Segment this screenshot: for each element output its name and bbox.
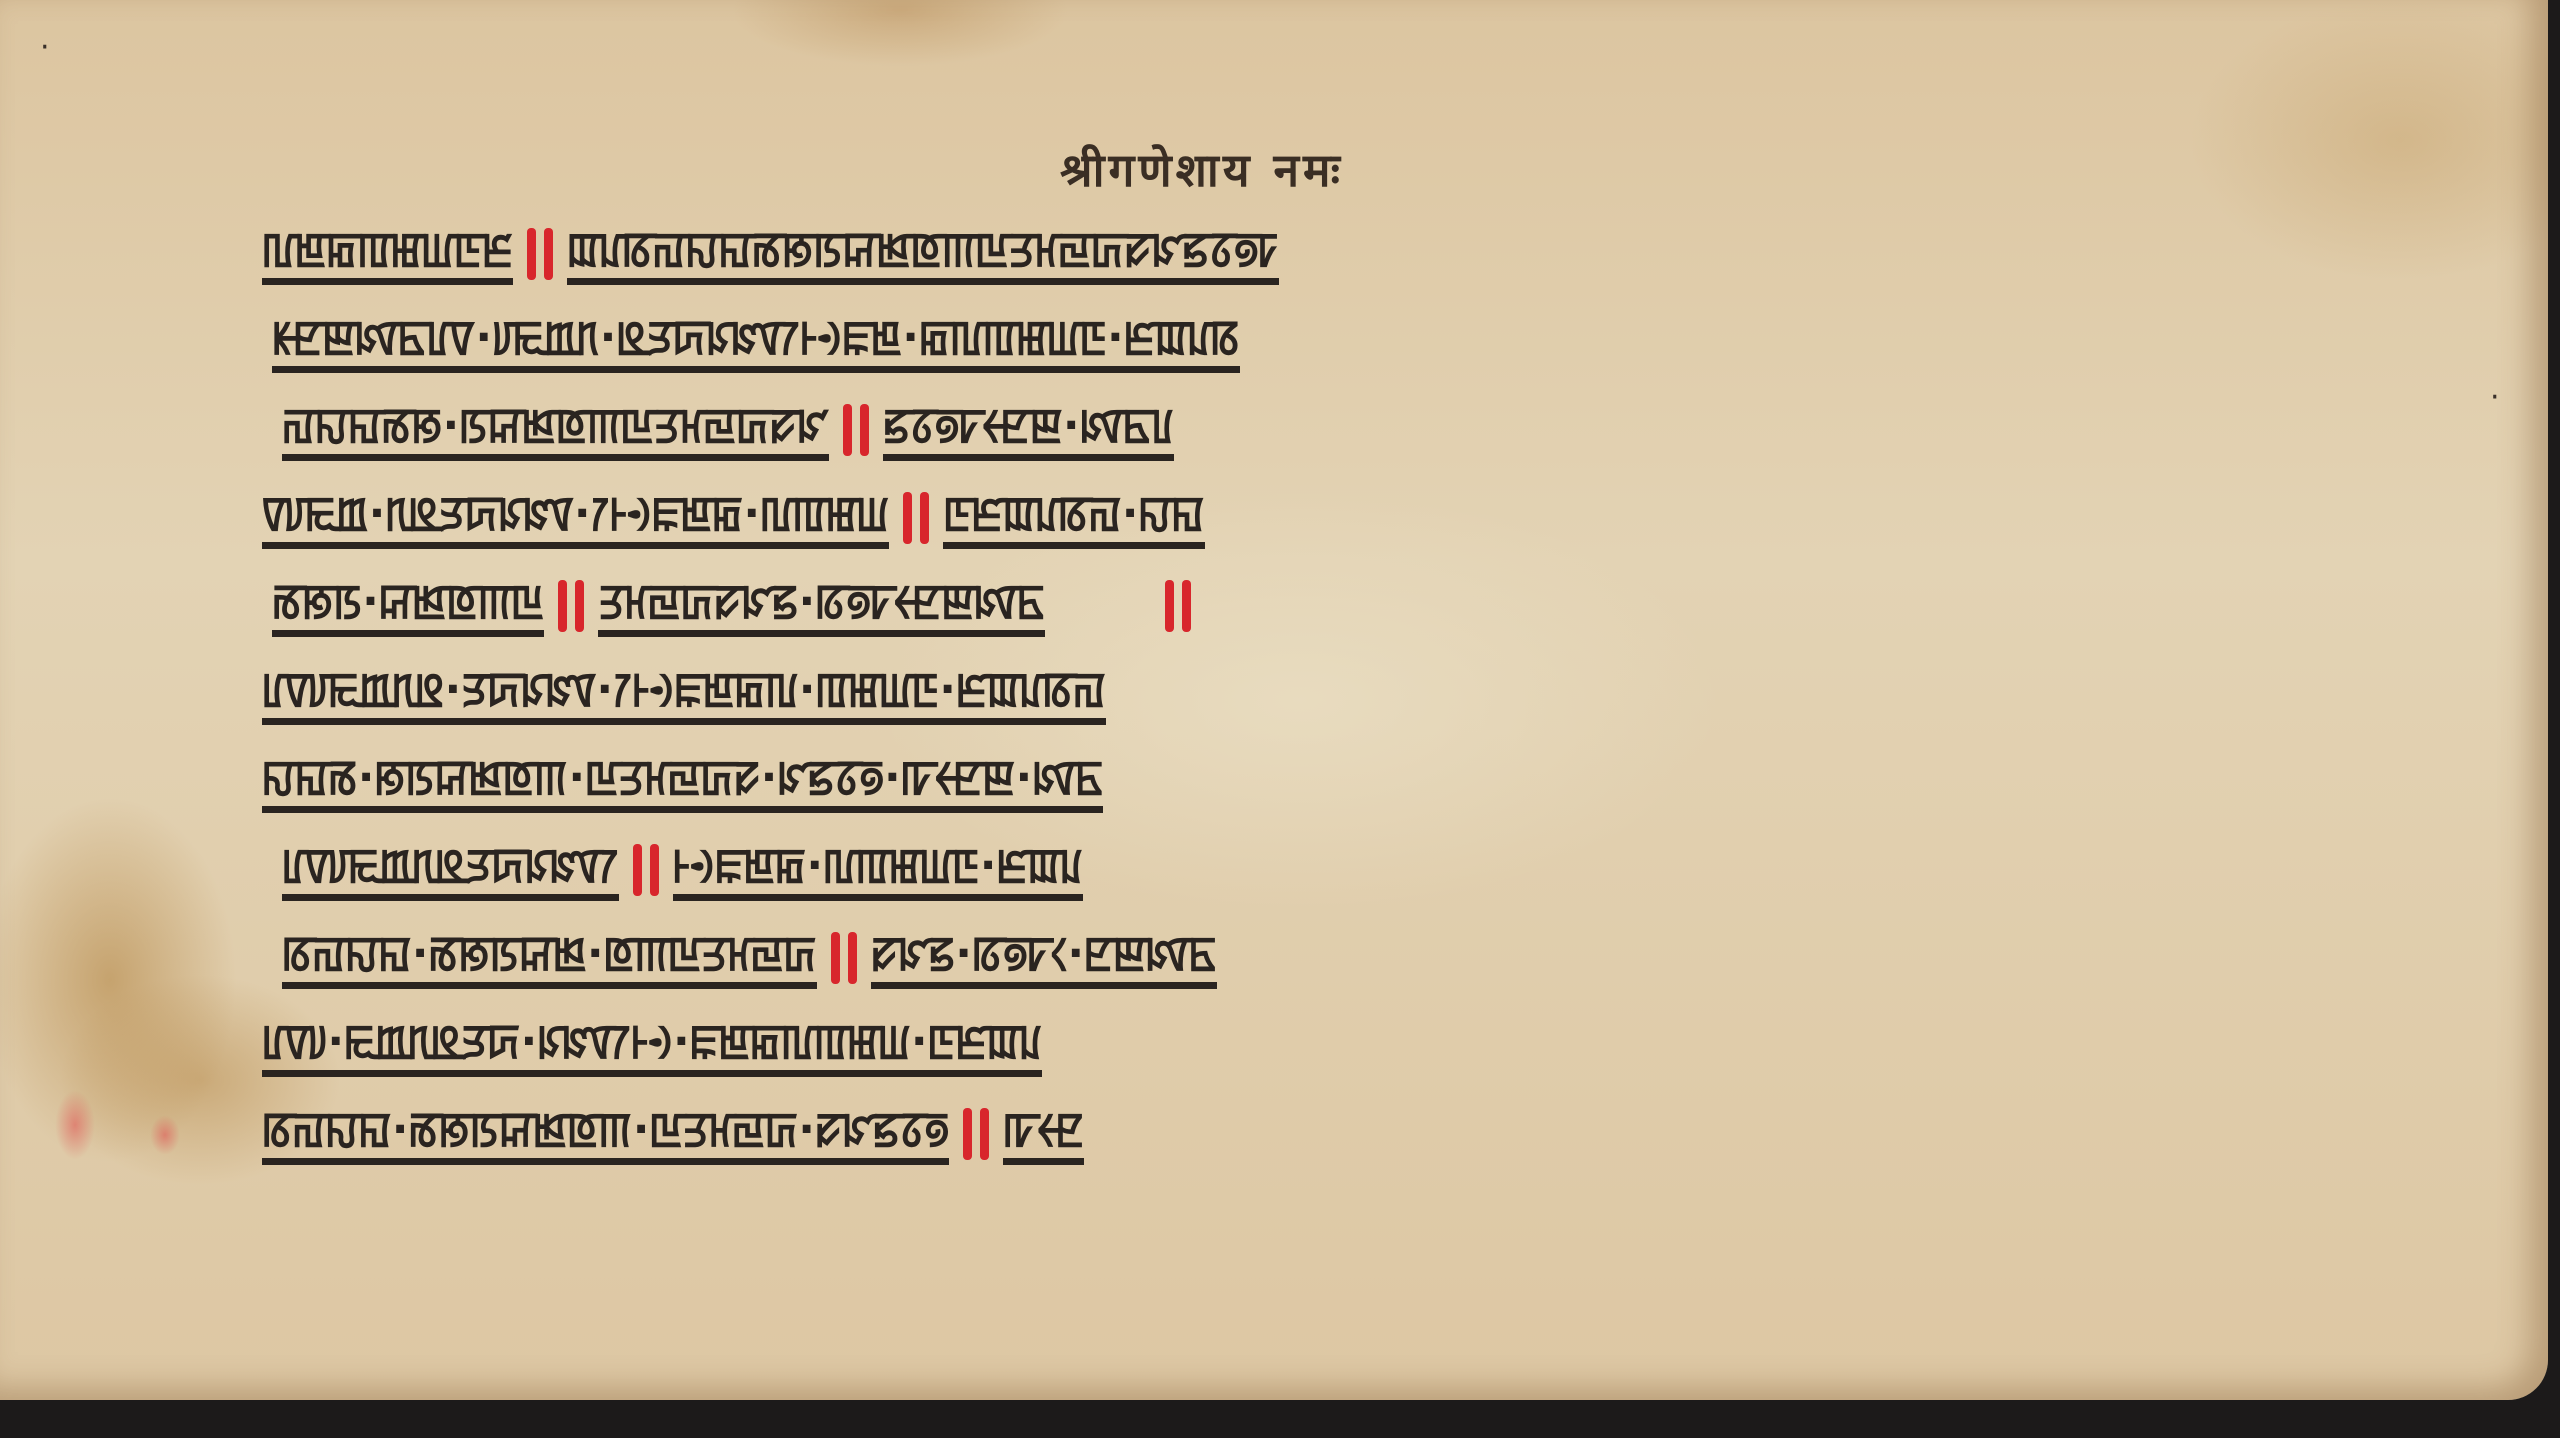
text-segment: ꡠꡡꡢ xyxy=(1003,1104,1084,1165)
ink-speck: · xyxy=(2490,380,2500,415)
text-segment: ꡦꡧꡨꡩꡪꡫꡬ·ꡭꡮꡯꡰ·ꡱꡲꡳꡀꡁꡂꡃ·ꡄꡅꡆꡇ·ꡈꡉꡊꡋꡌ xyxy=(262,664,1106,725)
text-segment: ꡃꡁꡂꡄꡅꡆꡇꡈ xyxy=(262,224,513,285)
text-segment: ꡡꡢꡣꡤꡥꡦꡧ·ꡨꡩꡪꡫ·ꡬꡭꡮꡯꡰꡱꡲꡳꡀꡁ·ꡂꡃꡄꡅꡆꡇ·ꡈꡉꡊꡋ xyxy=(272,312,1240,373)
manuscript-text: ꡃꡁꡂꡄꡅꡆꡇꡈꡉꡊꡋꡌꡍꡎꡏꡐꡑꡒꡓꡔꡕꡖꡗꡘꡙꡚꡛꡜꡝꡞꡟꡠꡡꡢꡣꡤꡥꡦꡧ·… xyxy=(262,210,2262,1178)
red-double-danda xyxy=(843,403,869,457)
text-segment: ꡦꡧꡨꡩꡪꡫꡬꡭꡮꡯꡰꡱ xyxy=(282,840,619,901)
text-segment: ꡏꡐꡑ·ꡒꡓꡔꡕꡖ xyxy=(272,576,544,637)
red-double-danda xyxy=(1165,579,1191,633)
text-segment: ꡋꡌꡍꡎ·ꡏꡐꡑꡒꡓ·ꡔꡕꡖꡗꡘꡙꡚ xyxy=(282,928,817,989)
text-segment: ꡌꡍꡎꡏꡐ·ꡑꡒꡓꡔꡕꡖꡗꡘꡙꡚꡛꡜ xyxy=(282,400,829,461)
manuscript-line: ꡦꡧꡨ·ꡩꡪꡫꡬꡭꡮ·ꡯꡰꡱꡲꡳ·ꡀꡁꡂꡃꡄꡅꡆ·ꡇꡈꡉꡊ xyxy=(262,1002,2262,1090)
manuscript-line: ꡋꡌꡍꡎ·ꡏꡐꡑꡒꡓ·ꡔꡕꡖꡗꡘꡙꡚꡛꡜꡝ·ꡞꡟꡠꡡ·ꡢꡣꡤꡥ xyxy=(262,914,2262,1002)
manuscript-line: ꡡꡢꡣꡤꡥꡦꡧ·ꡨꡩꡪꡫ·ꡬꡭꡮꡯꡰꡱꡲꡳꡀꡁ·ꡂꡃꡄꡅꡆꡇ·ꡈꡉꡊꡋ xyxy=(262,298,2262,386)
red-double-danda xyxy=(558,579,584,633)
manuscript-line: ꡧꡨꡩꡪ·ꡫꡬꡭꡮꡯꡰ·ꡱꡲꡳꡀꡁꡂ·ꡃꡄꡅꡆꡇꡈꡉꡊꡋꡌ·ꡍꡎ xyxy=(262,474,2262,562)
manuscript-line: ꡏꡐꡑ·ꡒꡓꡔꡕꡖꡗꡘꡙꡚꡛꡜꡝ·ꡞꡟꡠꡡꡢꡣꡤꡥ xyxy=(262,562,2262,650)
text-segment: ꡗꡘꡙꡚꡛꡜꡝ·ꡞꡟꡠꡡꡢꡣꡤꡥ xyxy=(598,576,1045,637)
red-double-danda xyxy=(633,843,659,897)
manuscript-header: श्रीगणेशाय नमः xyxy=(1060,138,1344,200)
red-double-danda xyxy=(831,931,857,985)
text-segment: ꡛꡜꡝ·ꡞꡟꡠꡡ·ꡢꡣꡤꡥ xyxy=(871,928,1217,989)
manuscript-line: ꡦꡧꡨꡩꡪꡫꡬꡭꡮꡯꡰꡱꡲꡳꡀꡁꡂ·ꡃꡄꡅꡆꡇ·ꡈꡉꡊ xyxy=(262,826,2262,914)
red-ink-stain xyxy=(55,1090,95,1160)
red-double-danda xyxy=(963,1107,989,1161)
red-ink-stain xyxy=(150,1115,180,1155)
manuscript-leaf: · · श्रीगणेशाय नमः ꡃꡁꡂꡄꡅꡆꡇꡈꡉꡊꡋꡌꡍꡎꡏꡐꡑꡒꡓꡔꡕ… xyxy=(0,0,2548,1400)
red-double-danda xyxy=(527,227,553,281)
manuscript-line: ꡋꡌꡍꡎ·ꡏꡐꡑꡒꡓꡔꡕ·ꡖꡗꡘꡙꡚ·ꡛꡜꡝꡞꡟꡠꡡꡢ xyxy=(262,1090,2262,1178)
text-segment: ꡇꡈꡉꡊꡋꡌ·ꡍꡎ xyxy=(943,488,1204,549)
text-segment: ꡧꡨꡩꡪ·ꡫꡬꡭꡮꡯꡰ·ꡱꡲꡳꡀꡁꡂ·ꡃꡄꡅꡆ xyxy=(262,488,889,549)
red-double-danda xyxy=(903,491,929,545)
ink-speck: · xyxy=(40,30,50,65)
manuscript-line: ꡦꡧꡨꡩꡪꡫꡬ·ꡭꡮꡯꡰ·ꡱꡲꡳꡀꡁꡂꡃ·ꡄꡅꡆꡇ·ꡈꡉꡊꡋꡌ xyxy=(262,650,2262,738)
manuscript-line: ꡍꡎꡏ·ꡐꡑꡒꡓꡔꡕ·ꡖꡗꡘꡙꡚꡛ·ꡜꡝꡞꡟ·ꡠꡡꡢꡣ·ꡤꡥ xyxy=(262,738,2262,826)
text-segment: ꡦꡧꡨ·ꡩꡪꡫꡬꡭꡮ·ꡯꡰꡱꡲꡳ·ꡀꡁꡂꡃꡄꡅꡆ·ꡇꡈꡉꡊ xyxy=(262,1016,1042,1077)
text-segment: ꡉꡊꡋꡌꡍꡎꡏꡐꡑꡒꡓꡔꡕꡖꡗꡘꡙꡚꡛꡜꡝꡞꡟꡠ xyxy=(567,224,1279,285)
text-segment: ꡍꡎꡏ·ꡐꡑꡒꡓꡔꡕ·ꡖꡗꡘꡙꡚꡛ·ꡜꡝꡞꡟ·ꡠꡡꡢꡣ·ꡤꡥ xyxy=(262,752,1103,813)
text-segment: ꡲꡳꡀꡁꡂ·ꡃꡄꡅꡆꡇ·ꡈꡉꡊ xyxy=(673,840,1084,901)
text-segment: ꡝꡞꡟꡠꡡꡢꡣ·ꡤꡥꡦ xyxy=(883,400,1174,461)
manuscript-line: ꡃꡁꡂꡄꡅꡆꡇꡈꡉꡊꡋꡌꡍꡎꡏꡐꡑꡒꡓꡔꡕꡖꡗꡘꡙꡚꡛꡜꡝꡞꡟꡠ xyxy=(262,210,2262,298)
text-segment: ꡋꡌꡍꡎ·ꡏꡐꡑꡒꡓꡔꡕ·ꡖꡗꡘꡙꡚ·ꡛꡜꡝꡞꡟ xyxy=(262,1104,949,1165)
manuscript-line: ꡌꡍꡎꡏꡐ·ꡑꡒꡓꡔꡕꡖꡗꡘꡙꡚꡛꡜꡝꡞꡟꡠꡡꡢꡣ·ꡤꡥꡦ xyxy=(262,386,2262,474)
